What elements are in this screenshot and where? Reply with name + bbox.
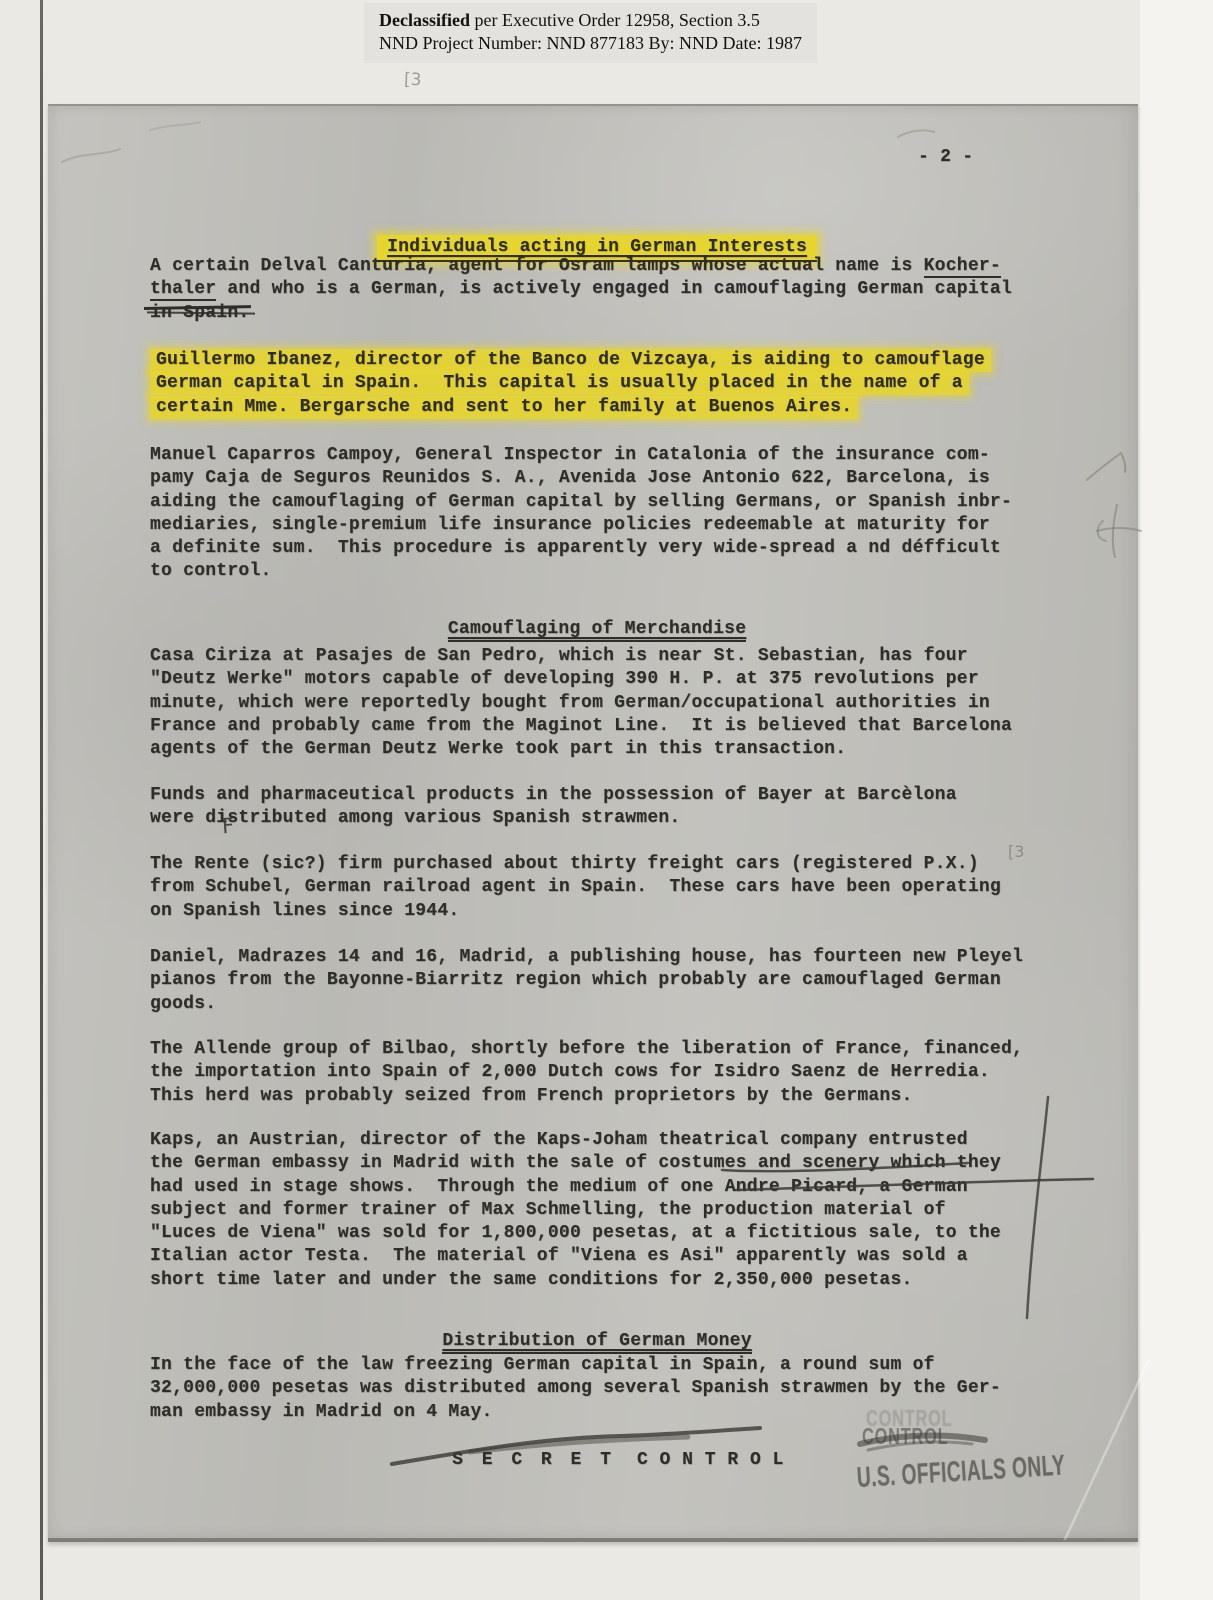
paragraph-kaps-theatrical: Kaps, an Austrian, director of the Kaps-… — [150, 1129, 1040, 1292]
page-number: - 2 - — [918, 146, 973, 169]
paragraph-delval-canturia: A certain Delval Canturia, agent for Osr… — [150, 255, 1040, 325]
paragraph-bayer-funds: Funds and pharmaceutical products in the… — [150, 784, 1040, 831]
control-label: C O N T R O L — [637, 1450, 784, 1470]
secret-label: S E C R E T — [452, 1450, 615, 1470]
underlying-page-edge — [40, 0, 43, 1600]
control-stamp: CONTROL — [862, 1424, 948, 1451]
handwritten-correction-f: F — [221, 814, 235, 839]
heading-camouflaging-merchandise: Camouflaging of Merchandise — [150, 595, 1022, 642]
scanned-document-page: { "colors": { "paper": "#c1c0bb", "backg… — [0, 0, 1213, 1600]
banner-line-1: Declassified per Executive Order 12958, … — [379, 9, 802, 32]
footer-classification-line: S E C R E TC O N T R O L — [430, 1426, 784, 1473]
heading-distribution-german-money: Distribution of German Money — [150, 1307, 1022, 1354]
pencil-mark-top: [3 — [404, 70, 422, 91]
paragraph-rente-freight-cars: The Rente (sic?) firm purchased about th… — [150, 853, 1040, 923]
paragraph-casa-ciriza: Casa Ciriza at Pasajes de San Pedro, whi… — [150, 645, 1040, 761]
section-title: Individuals acting in German Interests — [150, 213, 1022, 260]
pencil-mark-margin: [3 — [1008, 842, 1024, 861]
paragraph-allende-cows: The Allende group of Bilbao, shortly bef… — [150, 1038, 1040, 1108]
paragraph-guillermo-ibanez-highlighted: Guillermo Ibanez, director of the Banco … — [150, 349, 1040, 419]
paragraph-daniel-pianos: Daniel, Madrazes 14 and 16, Madrid, a pu… — [150, 946, 1040, 1016]
declassification-banner: Declassified per Executive Order 12958, … — [365, 4, 816, 62]
banner-line-2: NND Project Number: NND 877183 By: NND D… — [379, 32, 802, 55]
banner-declassified-label: Declassified — [379, 10, 470, 30]
paragraph-manuel-caparros: Manuel Caparros Campoy, General Inspecto… — [150, 444, 1040, 584]
